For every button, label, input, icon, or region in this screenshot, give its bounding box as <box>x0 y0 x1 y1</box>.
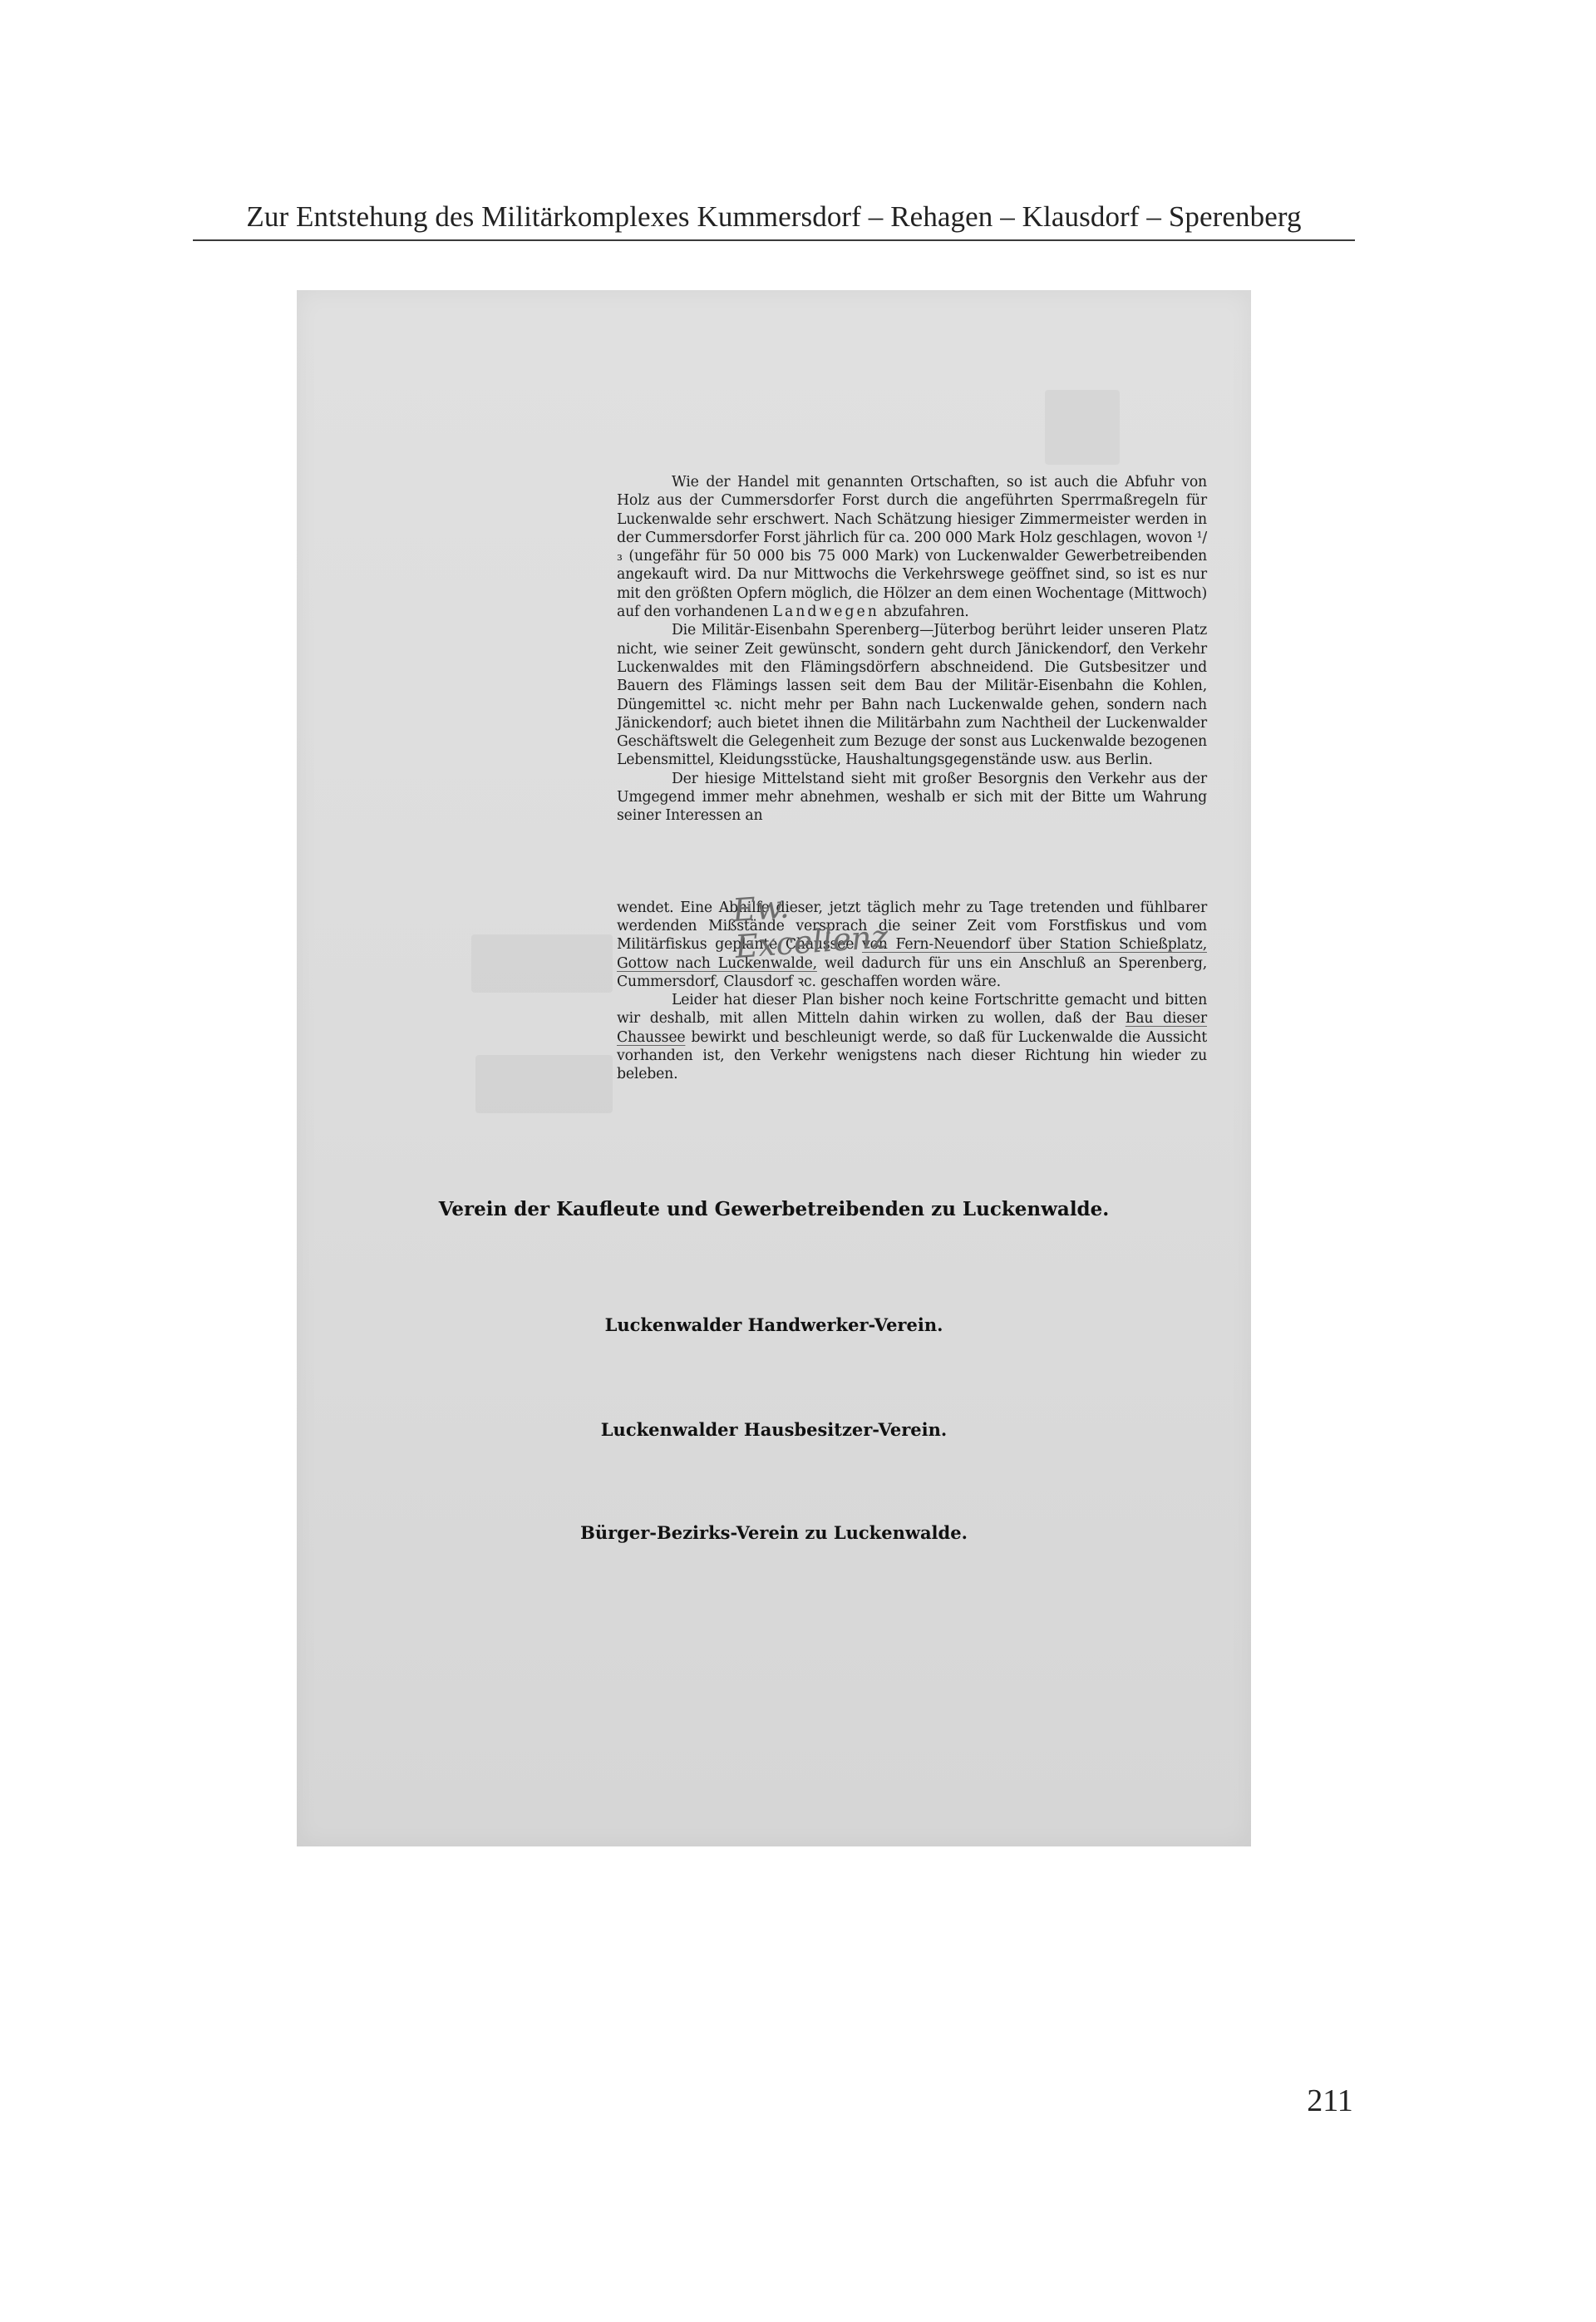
signatory-3: Luckenwalder Hausbesitzer-Verein. <box>297 1419 1251 1440</box>
running-header: Zur Entstehung des Militärkomplexes Kumm… <box>193 196 1355 241</box>
signatory-1: Verein der Kaufleute und Gewerbetreibend… <box>297 1198 1251 1220</box>
signatory-2: Luckenwalder Handwerker-Verein. <box>297 1314 1251 1335</box>
paragraph-5: Leider hat dieser Plan bisher noch keine… <box>617 991 1207 1083</box>
running-title: Zur Entstehung des Militärkomplexes Kumm… <box>246 200 1301 233</box>
paragraph-3: Der hiesige Mittelstand sieht mit großer… <box>617 770 1207 826</box>
bleed-through-mark <box>1045 390 1120 465</box>
paragraph-1: Wie der Handel mit genannten Ortschaften… <box>617 473 1207 621</box>
paragraph-2: Die Militär-Eisenbahn Sperenberg—Jüterbo… <box>617 621 1207 769</box>
signatory-4: Bürger-Bezirks-Verein zu Luckenwalde. <box>297 1522 1251 1543</box>
letter-body: Wie der Handel mit genannten Ortschaften… <box>617 473 1207 1084</box>
bleed-through-mark <box>471 934 613 993</box>
scanned-document: Wie der Handel mit genannten Ortschaften… <box>297 290 1251 1846</box>
bleed-through-mark <box>475 1055 613 1113</box>
page-number: 211 <box>1297 2083 1363 2119</box>
